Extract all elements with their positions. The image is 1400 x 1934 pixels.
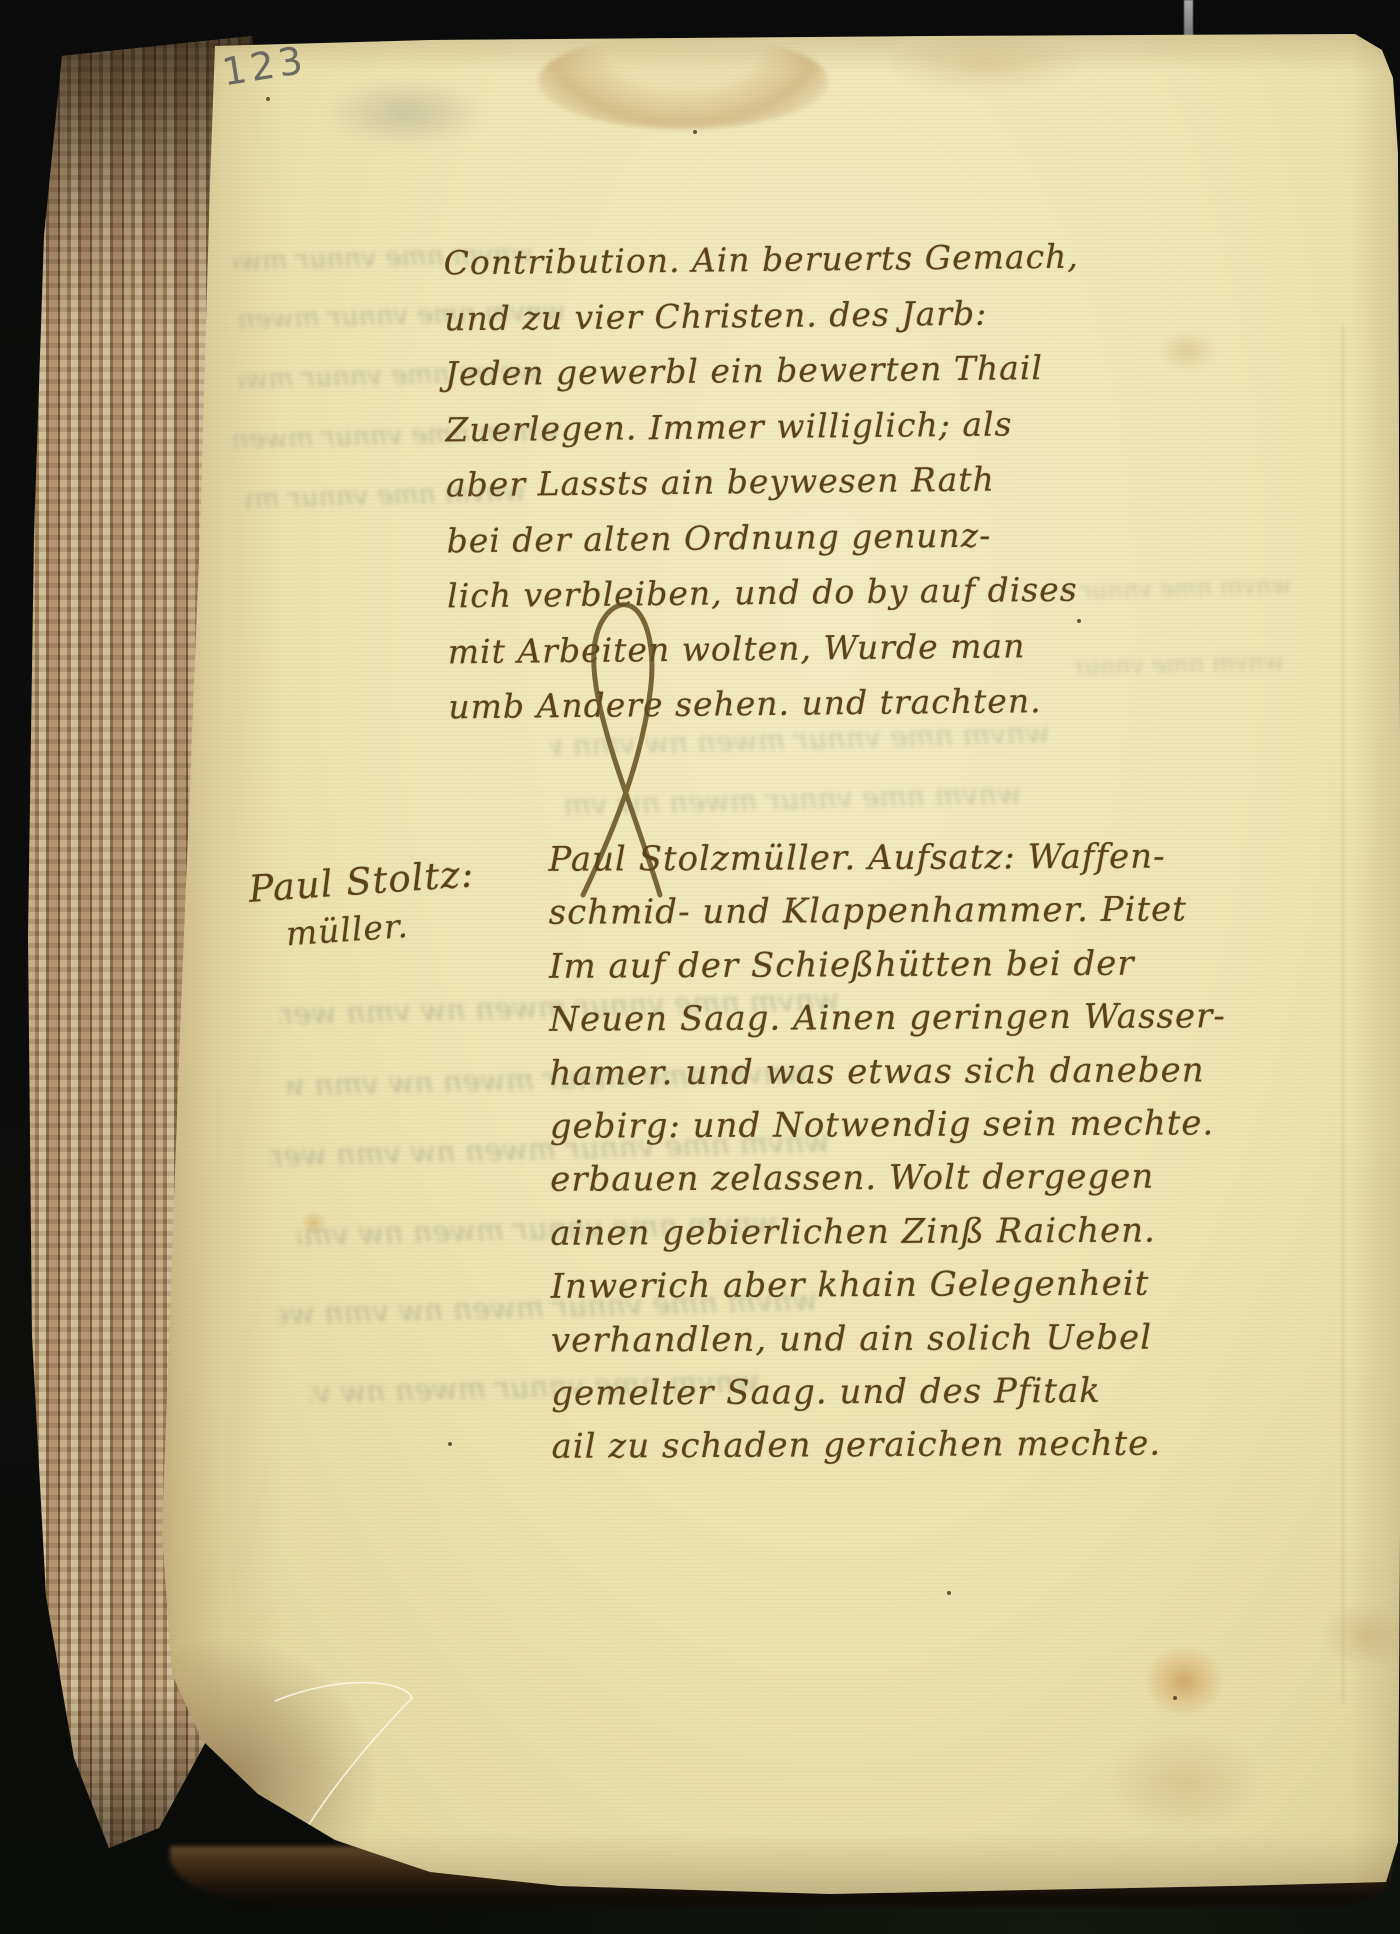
margin-note-name-2: müller. — [285, 901, 479, 953]
text-line: Contribution. Ain beruerts Gemach, — [443, 229, 1079, 291]
foxing-stain-bottom — [1110, 1734, 1260, 1829]
text-line: schmid- und Klappenhammer. Pitet — [549, 884, 1226, 941]
ink-speck — [448, 1442, 452, 1446]
text-line: erbauen zelassen. Wolt dergegen — [550, 1151, 1227, 1208]
text-line: Im auf der Schießhütten bei der — [549, 937, 1226, 994]
rust-stain-bottom-right — [1145, 1646, 1223, 1716]
manuscript-page: wnvm nme vnnur mwen nw vmn wem wnvm nme … — [130, 34, 1400, 1904]
text-line: hamer. und was etwas sich daneben — [549, 1044, 1226, 1101]
ink-speck — [266, 97, 270, 101]
text-line: Neuen Saag. Ainen geringen Wasser- — [549, 990, 1226, 1047]
text-line: Jeden gewerbl ein bewerten Thail — [445, 340, 1081, 402]
margin-note-name: Paul Stoltz: — [247, 852, 475, 911]
text-line: und zu vier Christen. des Jarb: — [444, 284, 1080, 346]
text-line: ail zu schaden geraichen mechte. — [551, 1418, 1228, 1475]
pencil-smudge — [326, 78, 486, 148]
ink-speck — [1173, 1696, 1177, 1700]
text-line: bei der alten Ordnung genunz- — [446, 506, 1082, 568]
text-line: Inwerich aber khain Gelegenheit — [551, 1257, 1228, 1314]
main-text-paragraph-2: Paul Stolzmüller. Aufsatz: Waffen- schmi… — [548, 830, 1228, 1474]
ink-speck — [693, 130, 697, 134]
photograph-stage: wnvm nme vnnur mwen nw vmn wem wnvm nme … — [0, 0, 1400, 1934]
stain-right-edge — [1325, 1604, 1400, 1666]
text-line: ainen gebierlichen Zinß Raichen. — [550, 1204, 1227, 1261]
ink-speck — [947, 1591, 951, 1595]
text-line: verhandlen, und ain solich Uebel — [551, 1311, 1228, 1368]
bleed-through-line: wnvm nme vnnur mwen nw vmn wem — [1074, 647, 1285, 680]
text-line: Zuerlegen. Immer williglich; als — [445, 395, 1081, 457]
paper-crack-line — [180, 1646, 480, 1846]
text-line: Paul Stolzmüller. Aufsatz: Waffen- — [548, 830, 1225, 887]
text-line: gebirg: und Notwendig sein mechte. — [550, 1097, 1227, 1154]
stain-mid-right — [1160, 332, 1214, 370]
stain-top-right — [890, 34, 1080, 92]
paper-chain-line — [1342, 324, 1344, 1704]
margin-note: Paul Stoltz: müller. — [247, 852, 478, 956]
text-line: aber Lassts ain beywesen Rath — [446, 451, 1082, 513]
bleed-through-line: wnvm nme vnnur mwen nw vmn wem — [1062, 571, 1293, 605]
text-line: gemelter Saag. und des Pfitak — [551, 1364, 1228, 1421]
water-stain-top — [538, 34, 828, 129]
page-number: 123 — [219, 38, 309, 95]
